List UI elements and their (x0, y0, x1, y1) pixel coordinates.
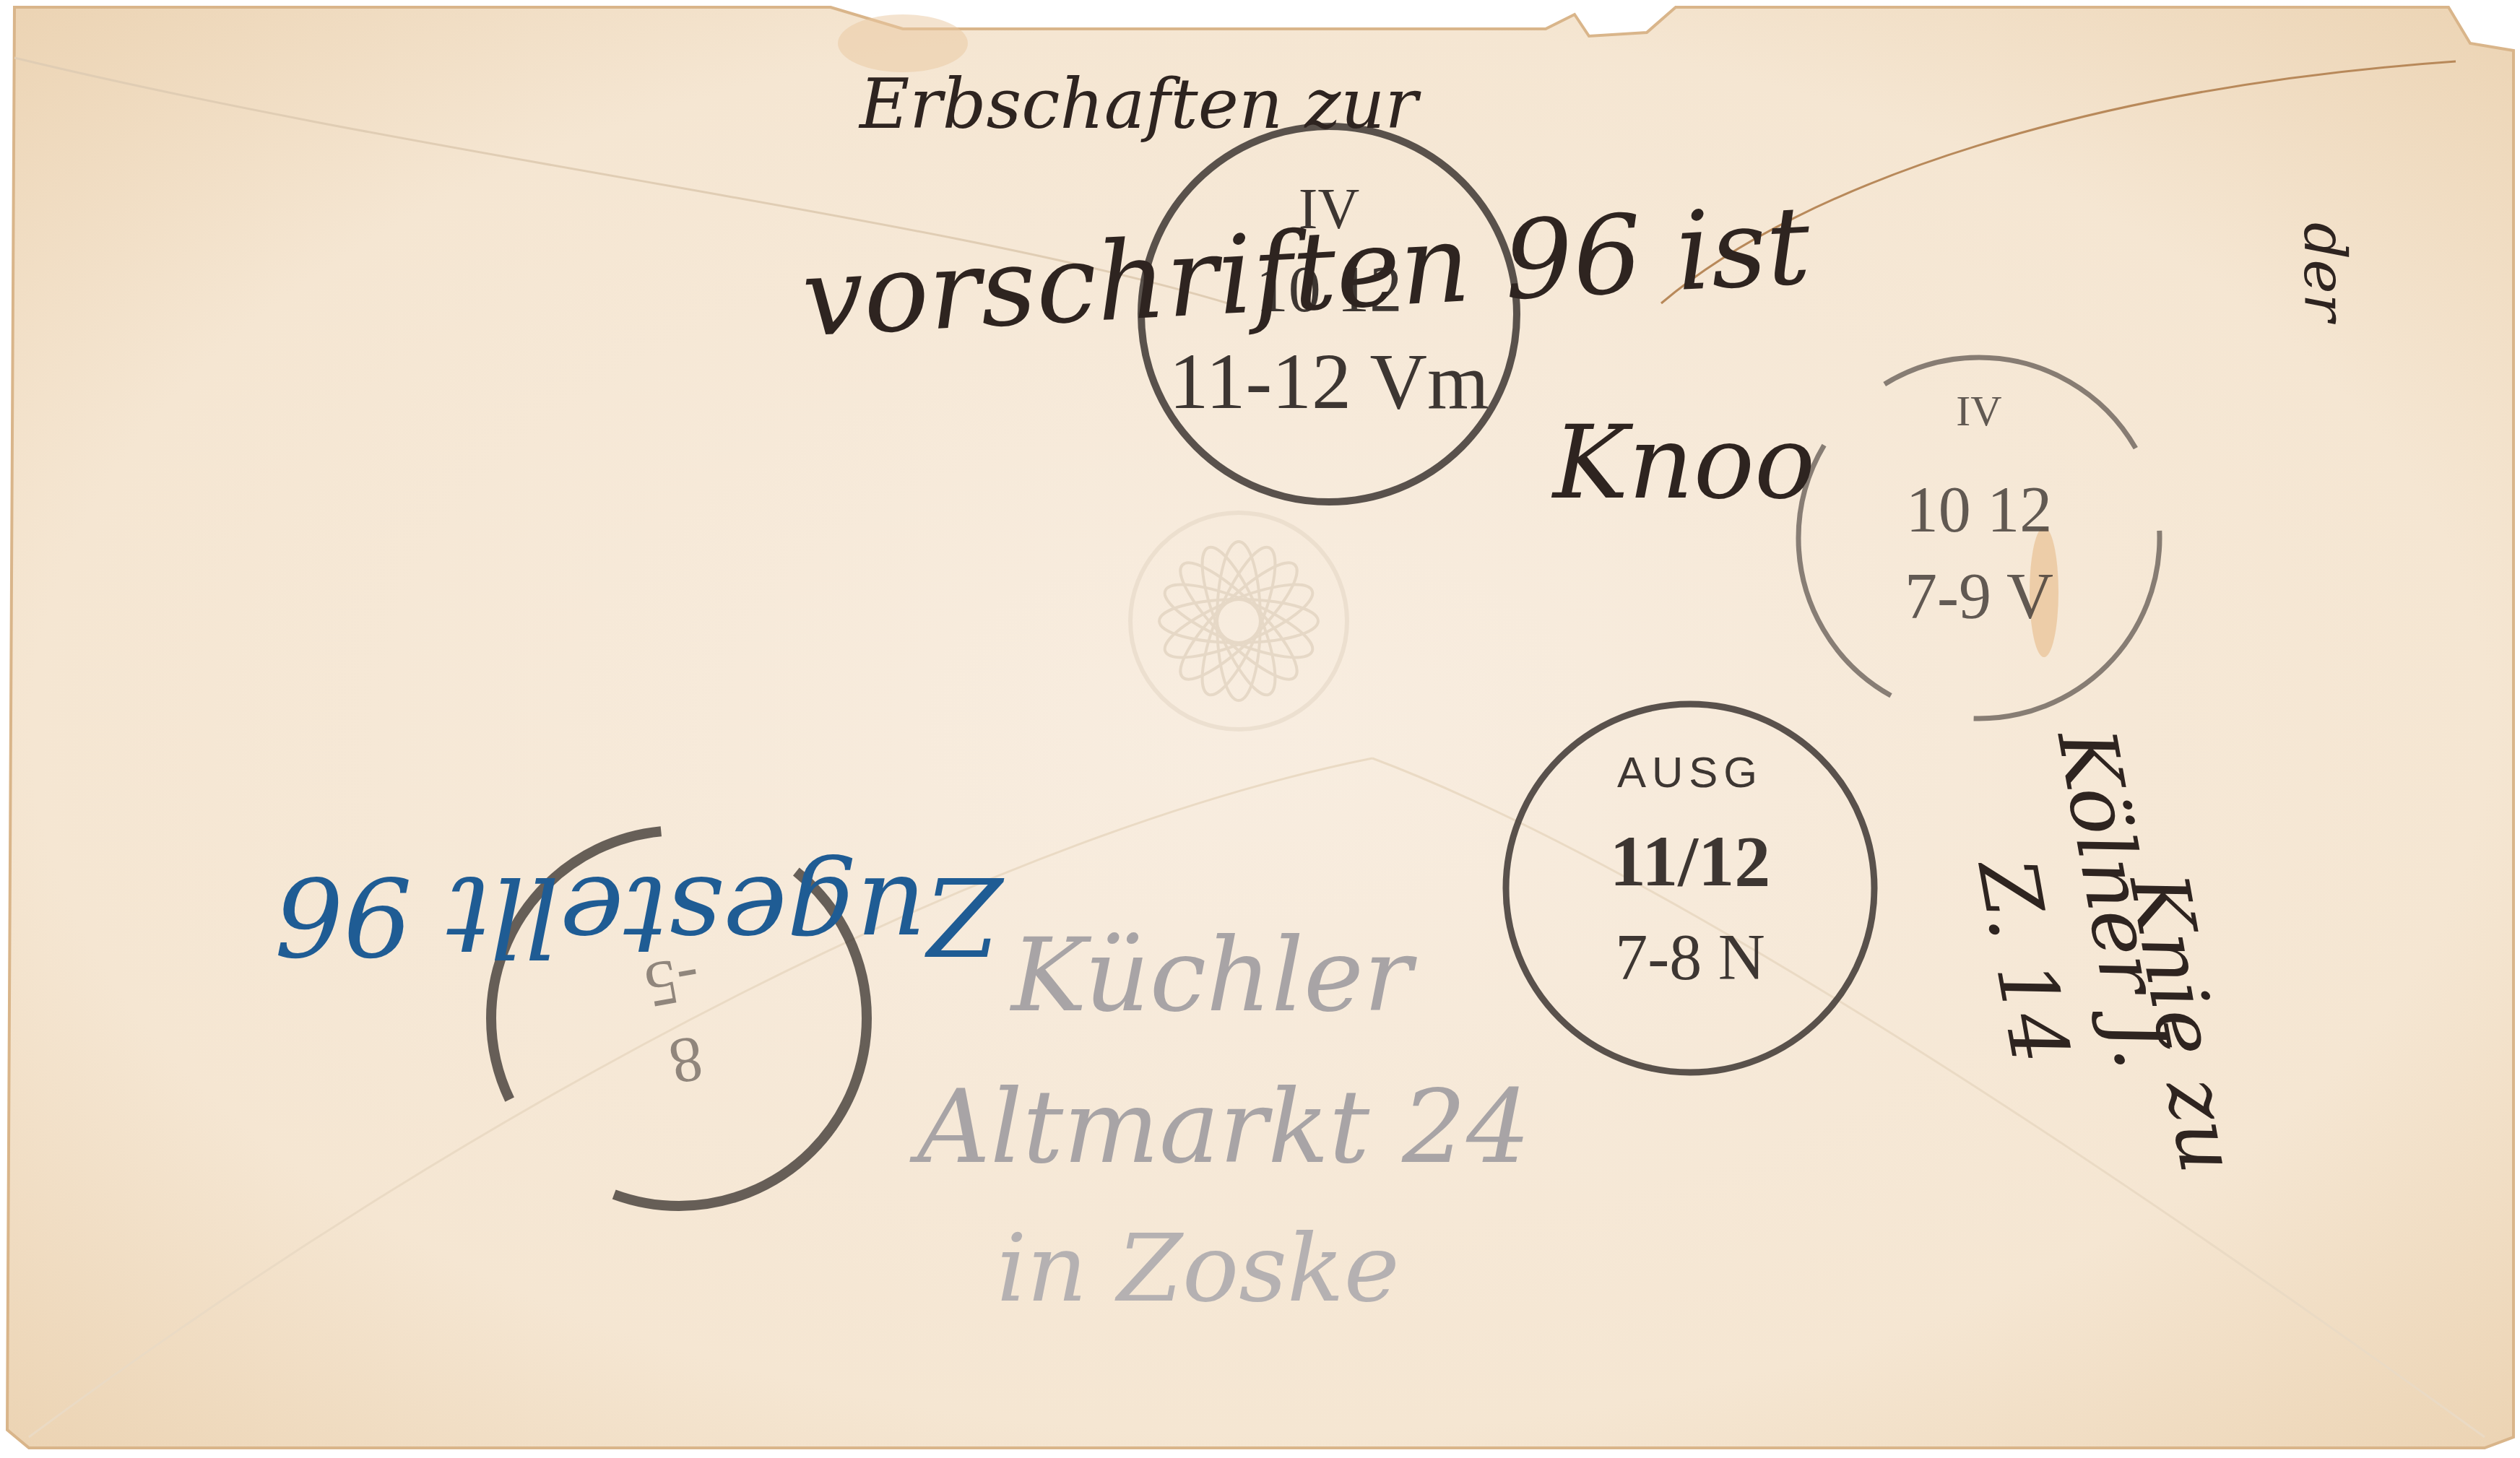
handwriting-pencil-city: in Zoske (997, 1213, 1400, 1323)
postmark-ausg: AUSG 11/12 7-8 N (1506, 704, 1874, 1072)
handwriting-blue-ink: Zugestellt 96 (274, 852, 1001, 978)
stain (838, 14, 968, 72)
handwriting-top-line: Erbschaften zur (860, 65, 1418, 144)
postmark-right: IV 10 12 7-9 V (1798, 357, 2160, 719)
handwriting-pencil-name: Küchler (1011, 917, 1412, 1035)
handwriting-pencil-street: Altmarkt 24 (917, 1069, 1530, 1186)
handwriting-right-top: der (2291, 222, 2358, 321)
handwriting-ink-word: Knoo (1553, 404, 1815, 522)
